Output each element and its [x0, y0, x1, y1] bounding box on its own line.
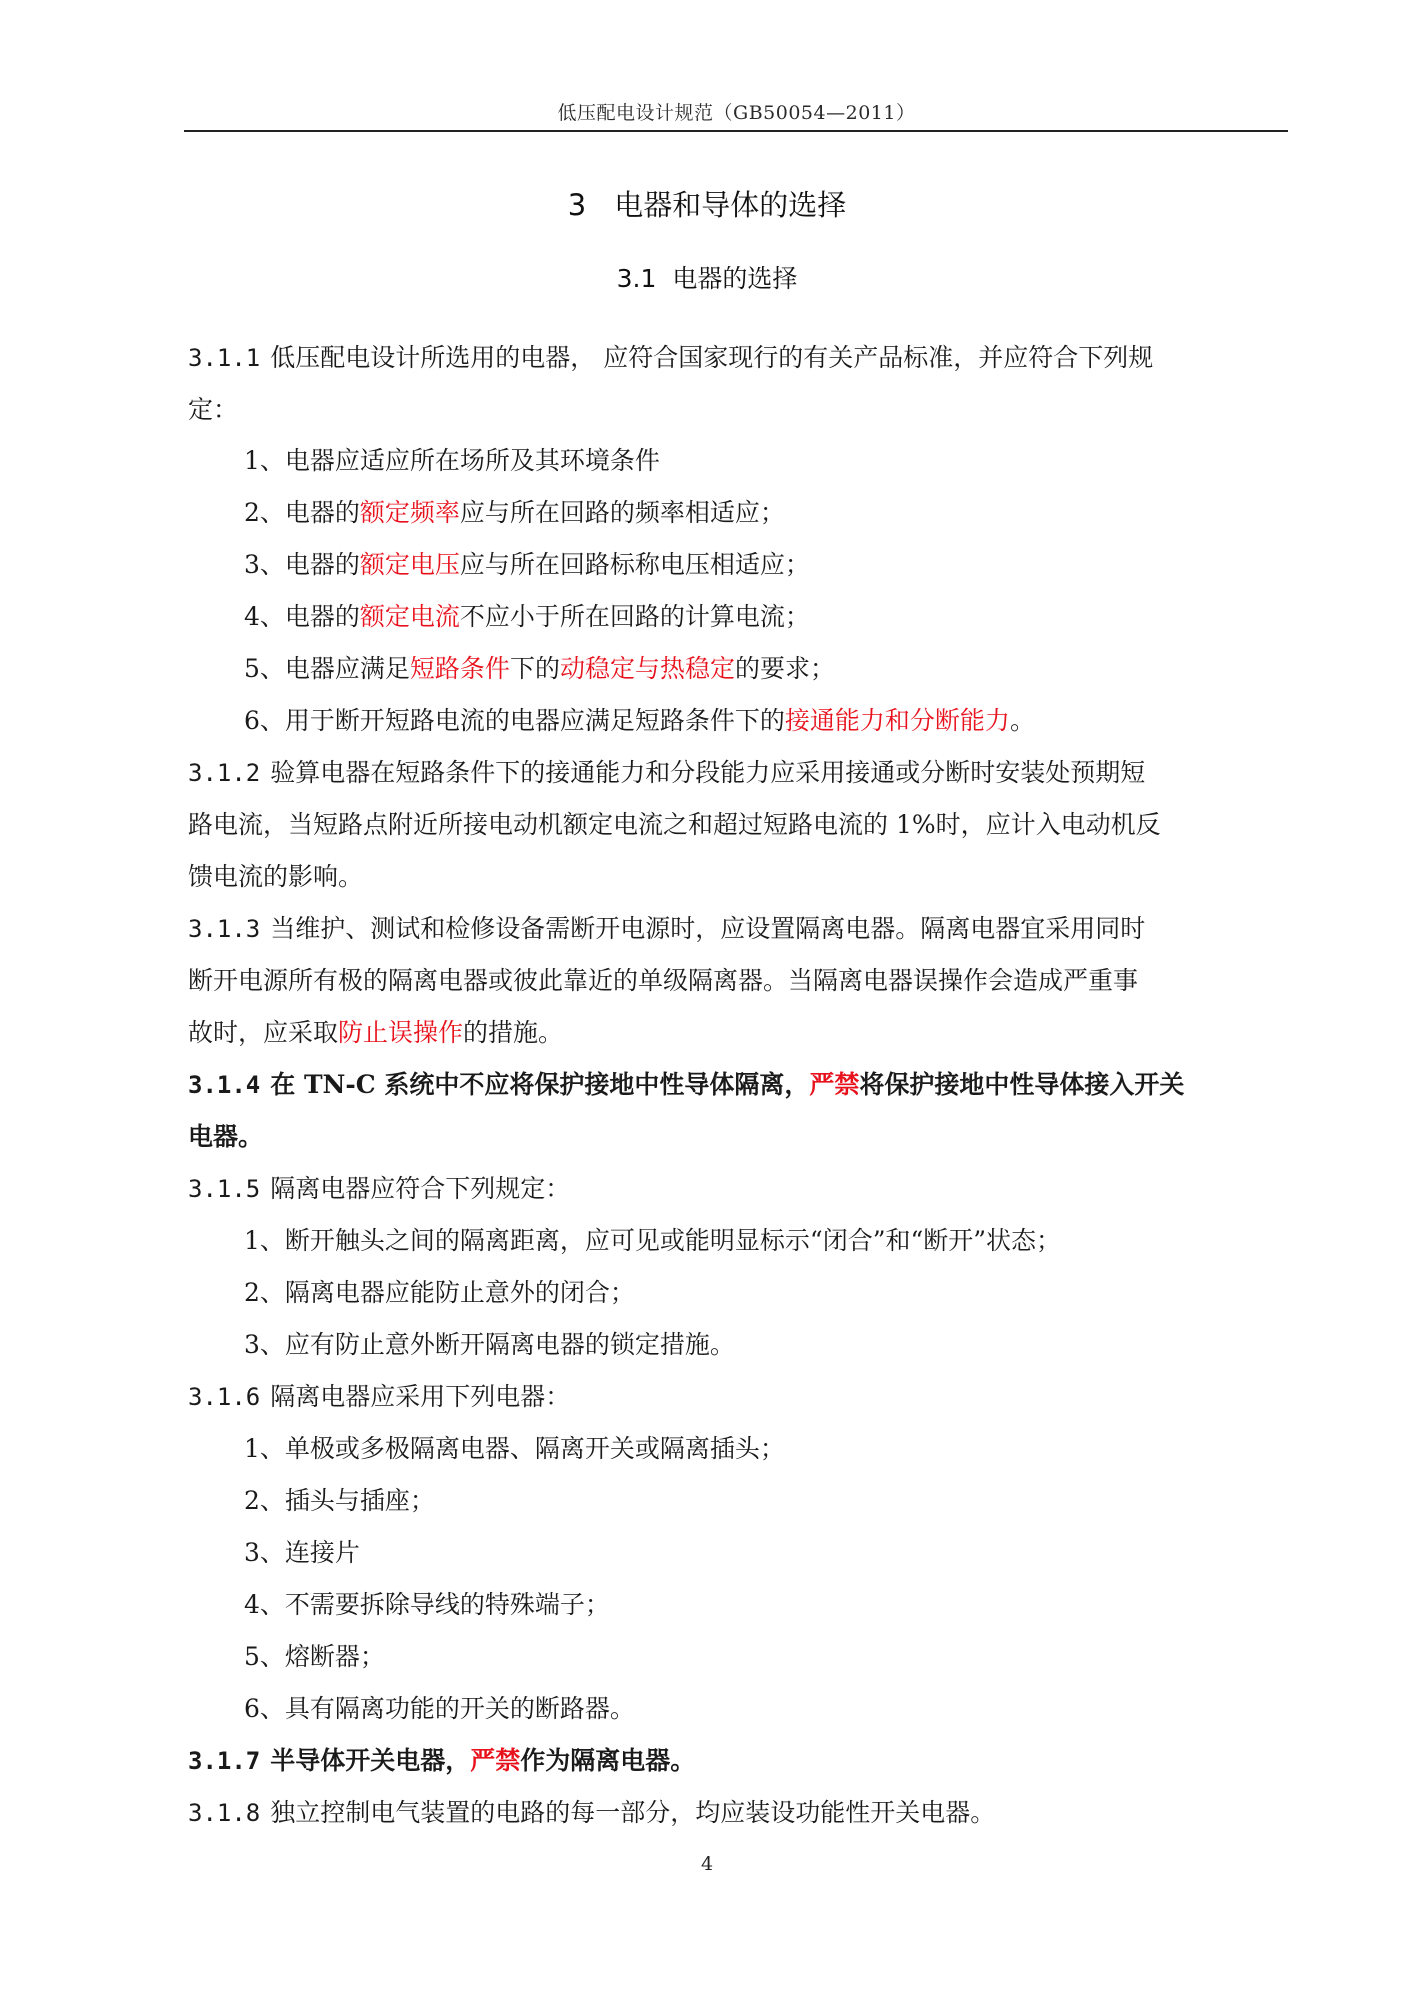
- clause-text: 在 TN-C 系统中不应将保护接地中性导体隔离，: [270, 1070, 809, 1099]
- item-text: 。: [1010, 706, 1035, 735]
- clause-number: 3.1.6: [188, 1383, 260, 1411]
- list-item: 6、用于断开短路电流的电器应满足短路条件下的接通能力和分断能力。: [244, 704, 1035, 738]
- item-text: 2、电器的: [244, 498, 360, 527]
- clause-text: 故时，应采取: [188, 1018, 338, 1047]
- clause-number: 3.1.5: [188, 1175, 260, 1203]
- item-text: 4、电器的: [244, 602, 360, 631]
- highlight-text: 接通能力和分断能力: [785, 706, 1010, 735]
- highlight-text: 动稳定与热稳定: [560, 654, 735, 683]
- list-item: 2、电器的额定频率应与所在回路的频率相适应；: [244, 496, 785, 530]
- clause-text: 半导体开关电器，: [270, 1746, 470, 1775]
- list-item: 4、不需要拆除导线的特殊端子；: [244, 1588, 610, 1622]
- chapter-title: 3电器和导体的选择: [0, 183, 1414, 224]
- clause-3-1-3-line-1: 3.1.3当维护、测试和检修设备需断开电源时，应设置隔离电器。隔离电器宜采用同时: [188, 912, 1145, 946]
- clause-text: 将保护接地中性导体接入开关: [859, 1070, 1184, 1099]
- clause-3-1-2-line-2: 路电流，当短路点附近所接电动机额定电流之和超过短路电流的 1%时，应计入电动机反: [188, 808, 1161, 842]
- clause-text: 作为隔离电器。: [520, 1746, 695, 1775]
- clause-3-1-1-line-2: 定：: [188, 393, 238, 427]
- highlight-text: 额定电流: [360, 602, 460, 631]
- item-text: 的要求；: [735, 654, 835, 683]
- page-header: 低压配电设计规范（GB50054—2011）: [185, 98, 1288, 125]
- list-item: 2、隔离电器应能防止意外的闭合；: [244, 1276, 635, 1310]
- clause-3-1-3-line-3: 故时，应采取防止误操作的措施。: [188, 1016, 563, 1050]
- page-number: 4: [0, 1853, 1414, 1875]
- highlight-text: 严禁: [470, 1746, 520, 1775]
- highlight-text: 严禁: [809, 1070, 859, 1099]
- list-item: 5、熔断器；: [244, 1640, 385, 1674]
- section-title-text: 电器的选择: [672, 264, 797, 293]
- highlight-text: 额定频率: [360, 498, 460, 527]
- clause-text: 验算电器在短路条件下的接通能力和分段能力应采用接通或分断时安装处预期短: [270, 758, 1145, 787]
- clause-3-1-4-line-2: 电器。: [188, 1120, 263, 1154]
- list-item: 3、连接片: [244, 1536, 360, 1570]
- list-item: 3、电器的额定电压应与所在回路标称电压相适应；: [244, 548, 810, 582]
- clause-number: 3.1.1: [188, 344, 260, 372]
- list-item: 4、电器的额定电流不应小于所在回路的计算电流；: [244, 600, 810, 634]
- clause-number: 3.1.4: [188, 1071, 260, 1099]
- chapter-number: 3: [568, 188, 586, 222]
- clause-3-1-4-line-1: 3.1.4在 TN-C 系统中不应将保护接地中性导体隔离，严禁将保护接地中性导体…: [188, 1068, 1184, 1102]
- clause-text: 隔离电器应采用下列电器：: [270, 1382, 570, 1411]
- clause-3-1-2-line-1: 3.1.2验算电器在短路条件下的接通能力和分段能力应采用接通或分断时安装处预期短: [188, 756, 1145, 790]
- list-item: 1、电器应适应所在场所及其环境条件: [244, 444, 660, 478]
- highlight-text: 防止误操作: [338, 1018, 463, 1047]
- clause-number: 3.1.3: [188, 915, 260, 943]
- item-text: 5、电器应满足: [244, 654, 410, 683]
- item-text: 3、电器的: [244, 550, 360, 579]
- section-number: 3.1: [617, 264, 657, 293]
- clause-3-1-1-line-1: 3.1.1低压配电设计所选用的电器， 应符合国家现行的有关产品标准，并应符合下列…: [188, 341, 1153, 375]
- clause-text: 隔离电器应符合下列规定：: [270, 1174, 570, 1203]
- clause-text: 低压配电设计所选用的电器， 应符合国家现行的有关产品标准，并应符合下列规: [270, 343, 1153, 372]
- clause-text: 的措施。: [463, 1018, 563, 1047]
- list-item: 1、单极或多极隔离电器、隔离开关或隔离插头；: [244, 1432, 785, 1466]
- item-text: 6、用于断开短路电流的电器应满足短路条件下的: [244, 706, 785, 735]
- clause-3-1-2-line-3: 馈电流的影响。: [188, 860, 363, 894]
- highlight-text: 额定电压: [360, 550, 460, 579]
- clause-3-1-5: 3.1.5隔离电器应符合下列规定：: [188, 1172, 570, 1206]
- clause-text: 当维护、测试和检修设备需断开电源时，应设置隔离电器。隔离电器宜采用同时: [270, 914, 1145, 943]
- list-item: 3、应有防止意外断开隔离电器的锁定措施。: [244, 1328, 735, 1362]
- clause-3-1-6: 3.1.6隔离电器应采用下列电器：: [188, 1380, 570, 1414]
- item-text: 不应小于所在回路的计算电流；: [460, 602, 810, 631]
- list-item: 1、断开触头之间的隔离距离，应可见或能明显标示“闭合”和“断开”状态；: [244, 1224, 1061, 1258]
- highlight-text: 短路条件: [410, 654, 510, 683]
- item-text: 下的: [510, 654, 560, 683]
- section-title: 3.1 电器的选择: [0, 259, 1414, 295]
- item-text: 应与所在回路的频率相适应；: [460, 498, 785, 527]
- item-text: 应与所在回路标称电压相适应；: [460, 550, 810, 579]
- clause-number: 3.1.7: [188, 1747, 260, 1775]
- clause-3-1-7: 3.1.7半导体开关电器，严禁作为隔离电器。: [188, 1744, 695, 1778]
- clause-number: 3.1.2: [188, 759, 260, 787]
- list-item: 2、插头与插座；: [244, 1484, 435, 1518]
- list-item: 5、电器应满足短路条件下的动稳定与热稳定的要求；: [244, 652, 835, 686]
- clause-3-1-8: 3.1.8独立控制电气装置的电路的每一部分，均应装设功能性开关电器。: [188, 1796, 995, 1830]
- header-rule: [184, 130, 1288, 132]
- clause-3-1-3-line-2: 断开电源所有极的隔离电器或彼此靠近的单级隔离器。当隔离电器误操作会造成严重事: [188, 964, 1138, 998]
- clause-text: 独立控制电气装置的电路的每一部分，均应装设功能性开关电器。: [270, 1798, 995, 1827]
- list-item: 6、具有隔离功能的开关的断路器。: [244, 1692, 635, 1726]
- chapter-title-text: 电器和导体的选择: [614, 188, 846, 222]
- clause-number: 3.1.8: [188, 1799, 260, 1827]
